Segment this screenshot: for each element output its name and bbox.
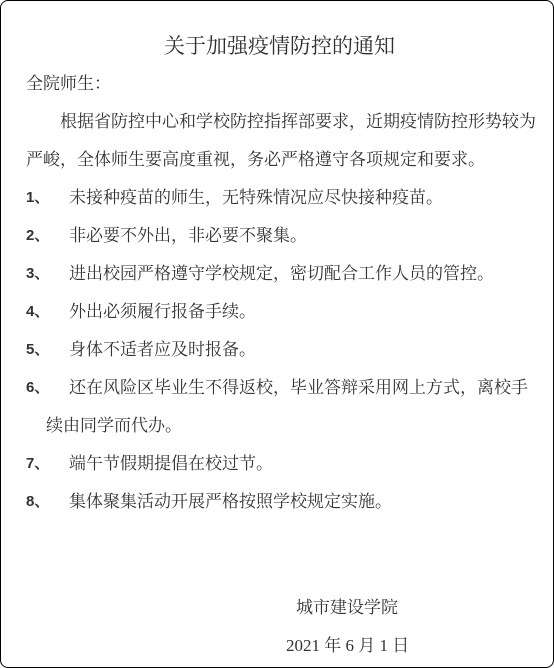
salutation: 全院师生： xyxy=(26,65,533,103)
list-item: 5、 身体不适者应及时报备。 xyxy=(26,331,533,369)
intro-paragraph-line-1: 根据省防控中心和学校防控指挥部要求，近期疫情防控形势较为 xyxy=(26,103,533,141)
list-item-text: 非必要不外出，非必要不聚集。 xyxy=(69,217,533,255)
list-item: 4、 外出必须履行报备手续。 xyxy=(26,293,533,331)
list-item: 3、 进出校园严格遵守学校规定，密切配合工作人员的管控。 xyxy=(26,255,533,293)
document-title: 关于加强疫情防控的通知 xyxy=(26,27,533,65)
list-item-text: 身体不适者应及时报备。 xyxy=(69,331,533,369)
list-item-number: 2、 xyxy=(26,217,69,255)
list-item-number: 8、 xyxy=(26,483,69,521)
list-item-text: 还在风险区毕业生不得返校，毕业答辩采用网上方式，离校手 xyxy=(69,369,533,407)
list-item-text: 进出校园严格遵守学校规定，密切配合工作人员的管控。 xyxy=(69,255,533,293)
list-item: 8、 集体聚集活动开展严格按照学校规定实施。 xyxy=(26,483,533,521)
list-item-text: 端午节假期提倡在校过节。 xyxy=(69,445,533,483)
list-item: 2、 非必要不外出，非必要不聚集。 xyxy=(26,217,533,255)
list-item-number: 1、 xyxy=(26,179,69,217)
list-item: 6、 还在风险区毕业生不得返校，毕业答辩采用网上方式，离校手 xyxy=(26,369,533,407)
signature: 城市建设学院 xyxy=(26,589,533,627)
list-item-text: 外出必须履行报备手续。 xyxy=(69,293,533,331)
list-item: 1、 未接种疫苗的师生，无特殊情况应尽快接种疫苗。 xyxy=(26,179,533,217)
list-item-text: 未接种疫苗的师生，无特殊情况应尽快接种疫苗。 xyxy=(69,179,533,217)
list-item: 7、 端午节假期提倡在校过节。 xyxy=(26,445,533,483)
list-item-number: 3、 xyxy=(26,255,69,293)
list-item-number: 7、 xyxy=(26,445,69,483)
list-item-number: 5、 xyxy=(26,331,69,369)
list-item-number: 4、 xyxy=(26,293,69,331)
intro-paragraph-line-2: 严峻，全体师生要高度重视，务必严格遵守各项规定和要求。 xyxy=(26,141,533,179)
document-content: 关于加强疫情防控的通知 全院师生： 根据省防控中心和学校防控指挥部要求，近期疫情… xyxy=(1,27,553,665)
list-item-continuation: 续由同学而代办。 xyxy=(26,407,533,445)
date: 2021 年 6 月 1 日 xyxy=(26,627,533,665)
list-item-number: 6、 xyxy=(26,369,69,407)
notice-document: 关于加强疫情防控的通知 全院师生： 根据省防控中心和学校防控指挥部要求，近期疫情… xyxy=(0,0,554,668)
list-item-text: 集体聚集活动开展严格按照学校规定实施。 xyxy=(69,483,533,521)
